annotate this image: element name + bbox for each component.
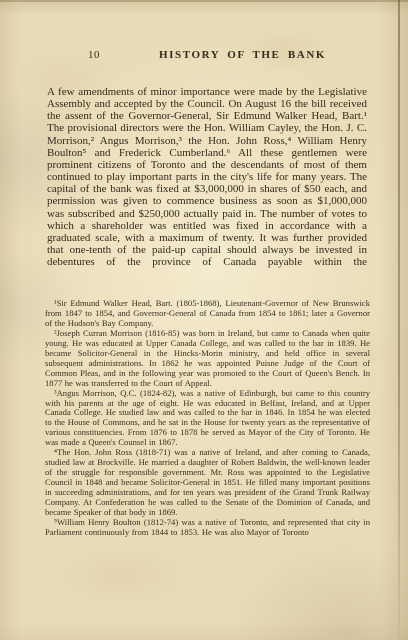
- footnotes-section: ¹Sir Edmund Walker Head, Bart. (1805-186…: [45, 299, 370, 538]
- footnote-3: ³Angus Morrison, Q.C. (1824-82), was a n…: [45, 389, 370, 449]
- body-paragraph: A few amendments of minor importance wer…: [47, 86, 367, 268]
- footnote-2: ²Joseph Curran Morrison (1816-85) was bo…: [45, 329, 370, 389]
- page-title: HISTORY OF THE BANK: [120, 49, 365, 61]
- footnote-1: ¹Sir Edmund Walker Head, Bart. (1805-186…: [45, 299, 370, 329]
- footnote-4: ⁴The Hon. John Ross (1818-71) was a nati…: [45, 448, 370, 518]
- scanned-book-page: 10 HISTORY OF THE BANK A few amendments …: [0, 0, 408, 640]
- page-number: 10: [88, 49, 100, 61]
- page-gutter-edge: [398, 0, 400, 640]
- scan-top-edge: [0, 0, 408, 2]
- footnote-5: ⁵William Henry Boulton (1812-74) was a n…: [45, 518, 370, 538]
- running-header: 10 HISTORY OF THE BANK: [0, 49, 408, 65]
